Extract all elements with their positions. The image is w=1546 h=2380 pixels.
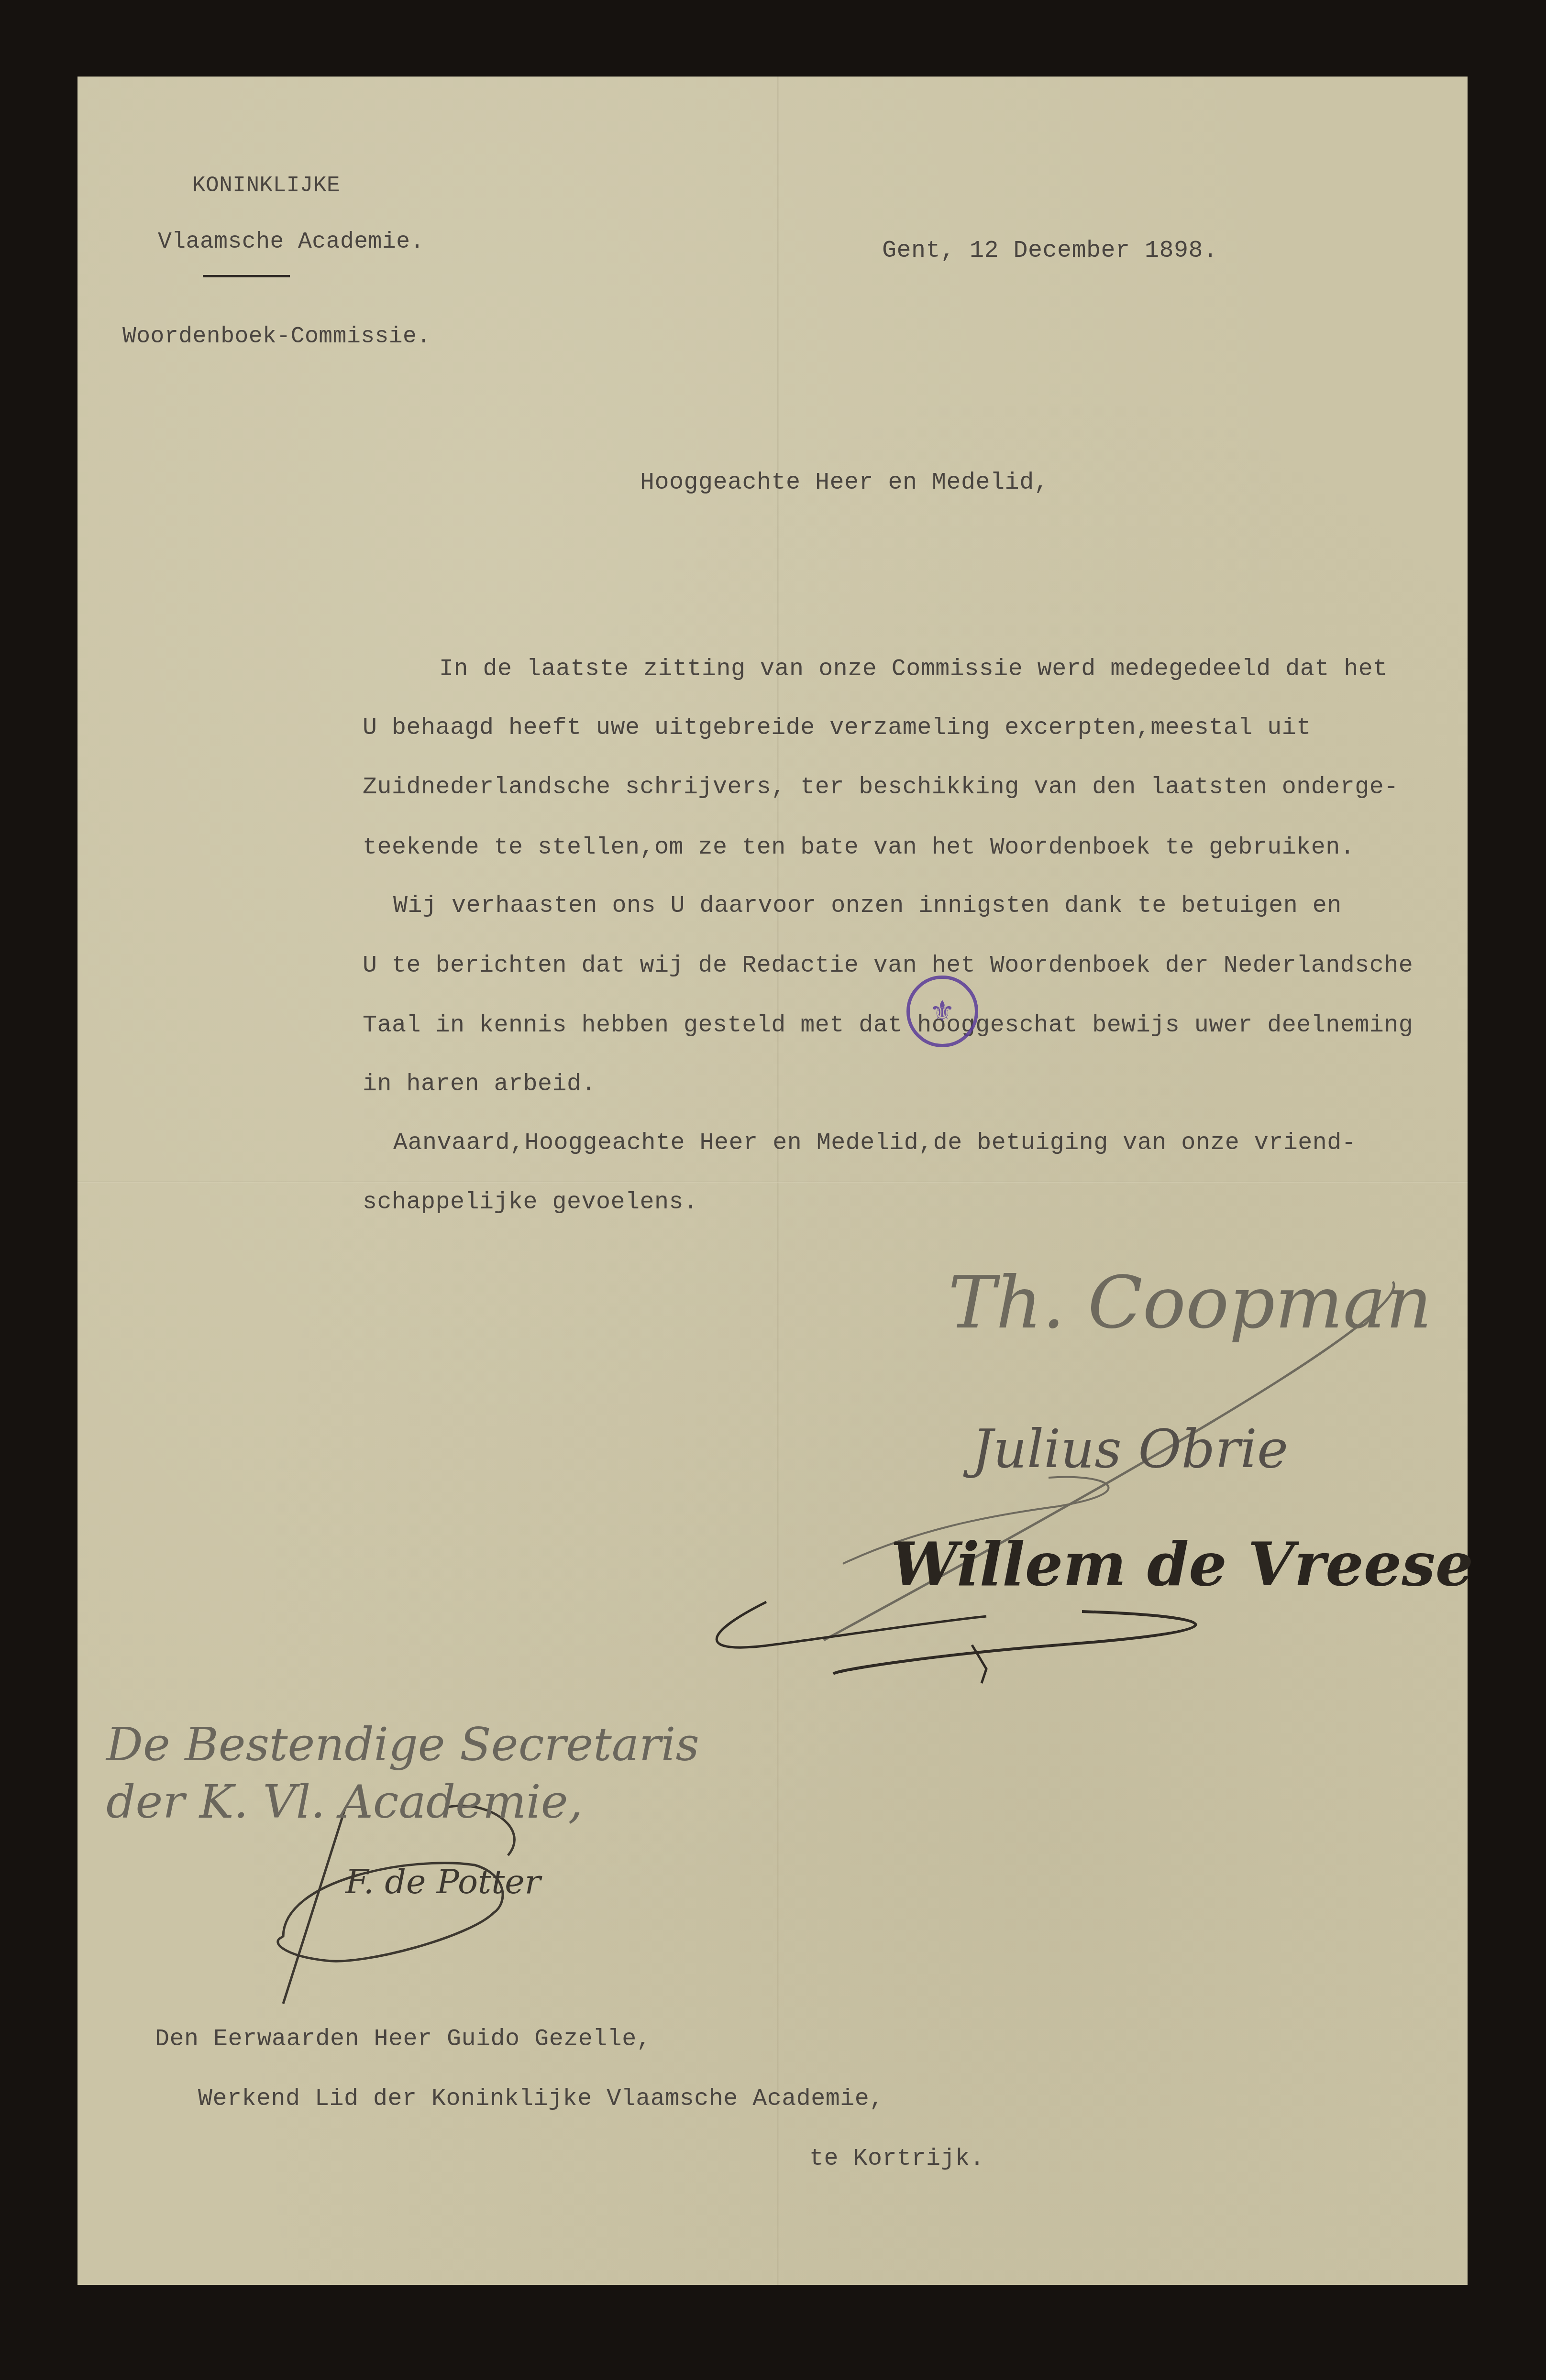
signature-de-potter: F. de Potter [345, 1865, 541, 1898]
addressee-line-1: Den Eerwaarden Heer Guido Gezelle, [155, 2028, 651, 2051]
addressee-line-3: te Kortrijk. [809, 2147, 984, 2171]
addressee-line-2: Werkend Lid der Koninklijke Vlaamsche Ac… [198, 2087, 884, 2111]
letter-paper: KONINKLIJKE Vlaamsche Academie. Woordenb… [77, 77, 1468, 2285]
secretary-title-line-2: der K. Vl. Academie, [106, 1779, 583, 1825]
signature-de-vreese: Willem de Vreese [891, 1535, 1473, 1595]
secretary-title-line-1: De Bestendige Secretaris [106, 1722, 699, 1767]
signature-obrie: Julius Obrie [972, 1423, 1288, 1475]
signature-flourishes [77, 77, 1468, 2285]
